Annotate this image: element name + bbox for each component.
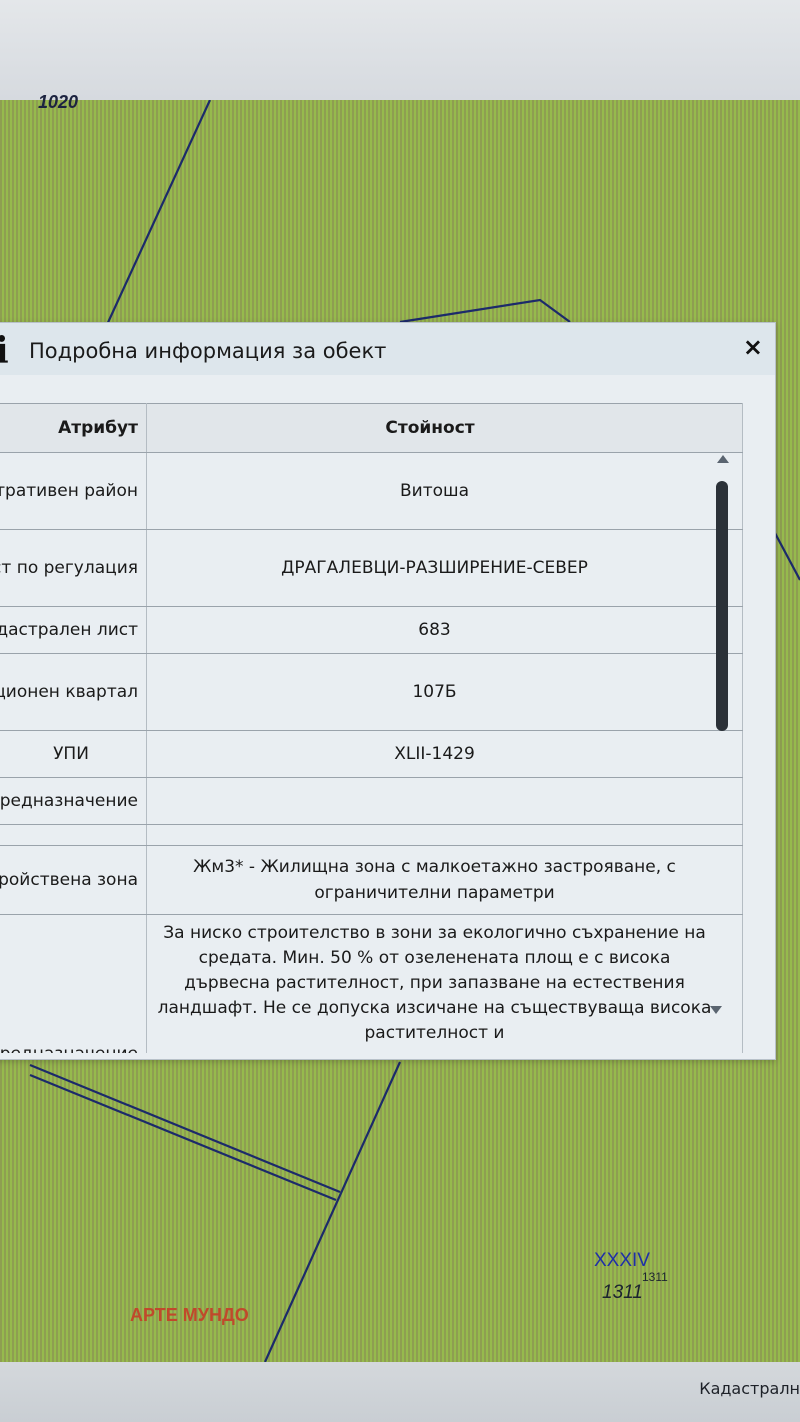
table-row: Предназначение bbox=[0, 778, 743, 825]
cadastral-tab-label[interactable]: Кадастралн bbox=[699, 1379, 800, 1398]
bottom-panel: Кадастралн bbox=[0, 1362, 800, 1422]
attribute-cell: Предназначение bbox=[0, 778, 147, 825]
value-cell: За ниско строителство в зони за екологич… bbox=[147, 915, 743, 1054]
attribute-cell: УПИ bbox=[0, 731, 147, 778]
dialog-header[interactable]: i Подробна информация за обект × bbox=[0, 323, 775, 375]
table-row: УПИ XLII-1429 bbox=[0, 731, 743, 778]
column-header-value: Стойност bbox=[147, 404, 743, 453]
attributes-table-container[interactable]: Атрибут Стойност Административен район В… bbox=[0, 403, 743, 1053]
object-info-dialog: i Подробна информация за обект × Атрибут… bbox=[0, 322, 776, 1060]
info-icon: i bbox=[0, 331, 9, 371]
column-header-attribute: Атрибут bbox=[0, 404, 147, 453]
map-parcel-superscript: 1311 bbox=[642, 1270, 668, 1284]
map-quarter-label: XXXIV bbox=[594, 1250, 650, 1272]
value-cell: Витоша bbox=[147, 453, 743, 530]
value-cell bbox=[147, 825, 743, 846]
attribute-cell: Административен район bbox=[0, 453, 147, 530]
table-row: Местност по регулация ДРАГАЛЕВЦИ-РАЗШИРЕ… bbox=[0, 530, 743, 607]
scroll-up-arrow-icon[interactable] bbox=[717, 455, 729, 463]
value-cell bbox=[147, 778, 743, 825]
scrollbar-thumb[interactable] bbox=[716, 481, 728, 731]
close-icon[interactable]: × bbox=[743, 333, 763, 361]
value-cell: 683 bbox=[147, 607, 743, 654]
browser-top-area bbox=[0, 0, 800, 100]
value-cell: 107Б bbox=[147, 654, 743, 731]
scroll-down-arrow-icon[interactable] bbox=[710, 1006, 722, 1014]
value-cell: XLII-1429 bbox=[147, 731, 743, 778]
attribute-cell: Кадастрален лист bbox=[0, 607, 147, 654]
map-parcel-number: 1311 bbox=[602, 1282, 643, 1304]
attribute-cell bbox=[0, 825, 147, 846]
table-row: Административен район Витоша bbox=[0, 453, 743, 530]
attribute-cell: Предназначение bbox=[0, 915, 147, 1054]
table-row: Регулационен квартал 107Б bbox=[0, 654, 743, 731]
attribute-cell: Регулационен квартал bbox=[0, 654, 147, 731]
value-cell: Жм3* - Жилищна зона с малкоетажно застро… bbox=[147, 846, 743, 915]
value-cell: ДРАГАЛЕВЦИ-РАЗШИРЕНИЕ-СЕВЕР bbox=[147, 530, 743, 607]
table-row: Предназначение За ниско строителство в з… bbox=[0, 915, 743, 1054]
attribute-cell: Местност по регулация bbox=[0, 530, 147, 607]
dialog-title: Подробна информация за обект bbox=[29, 339, 386, 363]
map-owner-label: АРТЕ МУНДО bbox=[130, 1305, 249, 1326]
table-row: Кадастрален лист 683 bbox=[0, 607, 743, 654]
table-row: Устройствена зона Жм3* - Жилищна зона с … bbox=[0, 846, 743, 915]
table-row bbox=[0, 825, 743, 846]
table-scrollbar[interactable] bbox=[713, 455, 733, 1115]
map-parcel-label: 1020 bbox=[38, 92, 78, 113]
attribute-cell: Устройствена зона bbox=[0, 846, 147, 915]
attributes-table: Атрибут Стойност Административен район В… bbox=[0, 403, 743, 1053]
